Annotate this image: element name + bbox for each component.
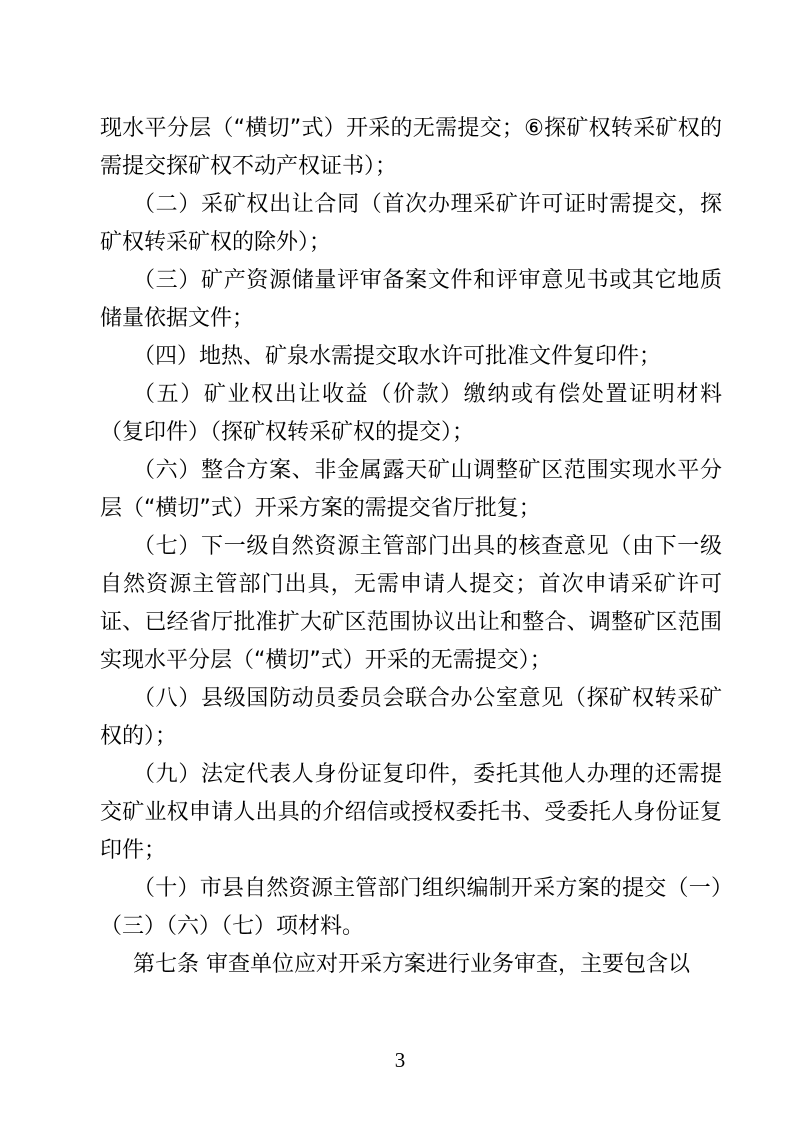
- body-text: 现水平分层（“横切”式）开采的无需提交；⑥探矿权转采矿权的需提交探矿权不动产权证…: [100, 110, 722, 984]
- paragraph: （二）采矿权出让合同（首次办理采矿许可证时需提交，探矿权转采矿权的除外）；: [100, 186, 722, 262]
- paragraph: （三）矿产资源储量评审备案文件和评审意见书或其它地质储量依据文件；: [100, 262, 722, 338]
- paragraph: （九）法定代表人身份证复印件，委托其他人办理的还需提交矿业权申请人出具的介绍信或…: [100, 756, 722, 870]
- document-page: 现水平分层（“横切”式）开采的无需提交；⑥探矿权转采矿权的需提交探矿权不动产权证…: [0, 0, 800, 1132]
- paragraph: （四）地热、矿泉水需提交取水许可批准文件复印件；: [100, 338, 722, 376]
- paragraph: 现水平分层（“横切”式）开采的无需提交；⑥探矿权转采矿权的需提交探矿权不动产权证…: [100, 110, 722, 186]
- paragraph: （七）下一级自然资源主管部门出具的核查意见（由下一级自然资源主管部门出具，无需申…: [100, 528, 722, 680]
- paragraph: （十）市县自然资源主管部门组织编制开采方案的提交（一）（三）（六）（七）项材料。: [100, 870, 722, 946]
- page-number: 3: [0, 1047, 800, 1073]
- paragraph: （八）县级国防动员委员会联合办公室意见（探矿权转采矿权的）；: [100, 680, 722, 756]
- paragraph: 第七条 审查单位应对开采方案进行业务审查，主要包含以: [100, 946, 722, 984]
- paragraph: （五）矿业权出让收益（价款）缴纳或有偿处置证明材料（复印件）（探矿权转采矿权的提…: [100, 376, 722, 452]
- paragraph: （六）整合方案、非金属露天矿山调整矿区范围实现水平分层（“横切”式）开采方案的需…: [100, 452, 722, 528]
